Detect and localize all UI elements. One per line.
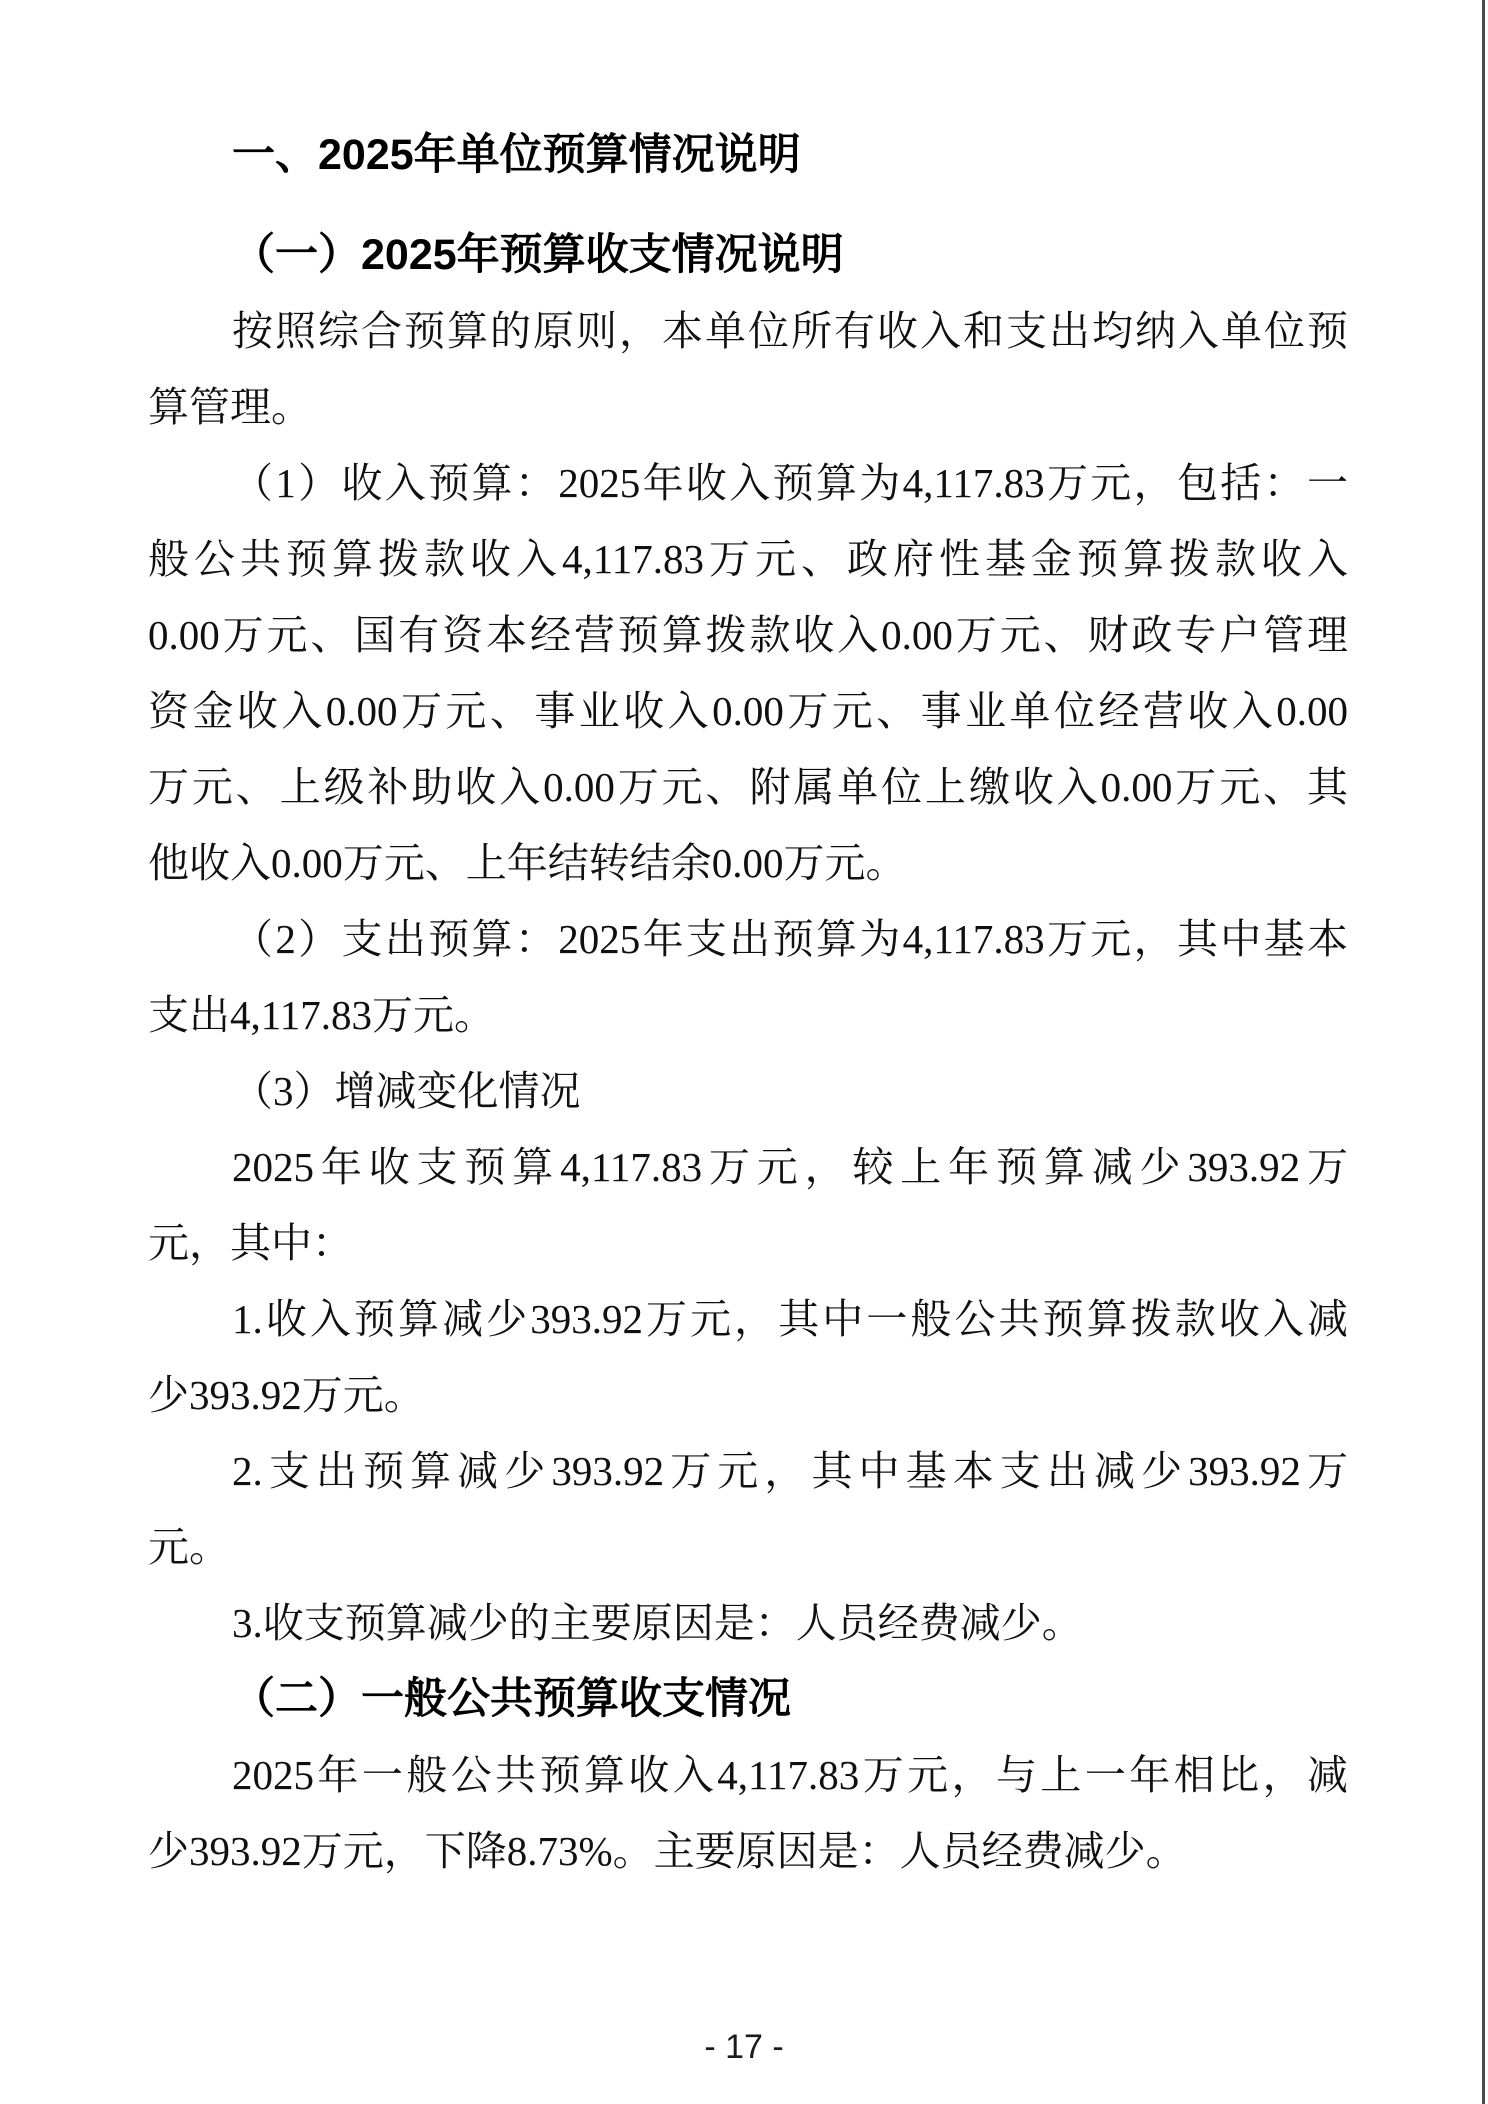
text-line: 元，其中： <box>148 1205 1348 1281</box>
text-line: 按照综合预算的原则，本单位所有收入和支出均纳入单位预 <box>148 293 1348 369</box>
text-line: 资金收入0.00万元、事业收入0.00万元、事业单位经营收入0.00 <box>148 673 1348 749</box>
text-line: 2025年收支预算4,117.83万元，较上年预算减少393.92万 <box>148 1129 1348 1205</box>
text-line: 元。 <box>148 1509 1348 1585</box>
text-line: 0.00万元、国有资本经营预算拨款收入0.00万元、财政专户管理 <box>148 597 1348 673</box>
text-line: 少393.92万元，下降8.73%。主要原因是：人员经费减少。 <box>148 1813 1348 1889</box>
page-number: - 17 - <box>0 2028 1488 2067</box>
text-line: 少393.92万元。 <box>148 1357 1348 1433</box>
text-line: （1）收入预算：2025年收入预算为4,117.83万元，包括：一 <box>148 445 1348 521</box>
document-page: 一、2025年单位预算情况说明（一）2025年预算收支情况说明按照综合预算的原则… <box>0 0 1488 2104</box>
text-line: 万元、上级补助收入0.00万元、附属单位上缴收入0.00万元、其 <box>148 749 1348 825</box>
text-line: （2）支出预算：2025年支出预算为4,117.83万元，其中基本 <box>148 901 1348 977</box>
text-line: 他收入0.00万元、上年结转结余0.00万元。 <box>148 825 1348 901</box>
heading-line: （一）2025年预算收支情况说明 <box>148 217 1348 293</box>
heading-line: 一、2025年单位预算情况说明 <box>148 117 1348 193</box>
document-body: 一、2025年单位预算情况说明（一）2025年预算收支情况说明按照综合预算的原则… <box>148 117 1348 1889</box>
text-line: 般公共预算拨款收入4,117.83万元、政府性基金预算拨款收入 <box>148 521 1348 597</box>
text-line: 1.收入预算减少393.92万元，其中一般公共预算拨款收入减 <box>148 1281 1348 1357</box>
text-line: 3.收支预算减少的主要原因是：人员经费减少。 <box>148 1585 1348 1661</box>
text-line: 2025年一般公共预算收入4,117.83万元，与上一年相比，减 <box>148 1737 1348 1813</box>
text-line: 2.支出预算减少393.92万元，其中基本支出减少393.92万 <box>148 1433 1348 1509</box>
text-line: 支出4,117.83万元。 <box>148 977 1348 1053</box>
text-line: （3）增减变化情况 <box>148 1053 1348 1129</box>
text-line: 算管理。 <box>148 369 1348 445</box>
scan-edge-line <box>1482 0 1485 2104</box>
heading-line: （二）一般公共预算收支情况 <box>148 1661 1348 1737</box>
